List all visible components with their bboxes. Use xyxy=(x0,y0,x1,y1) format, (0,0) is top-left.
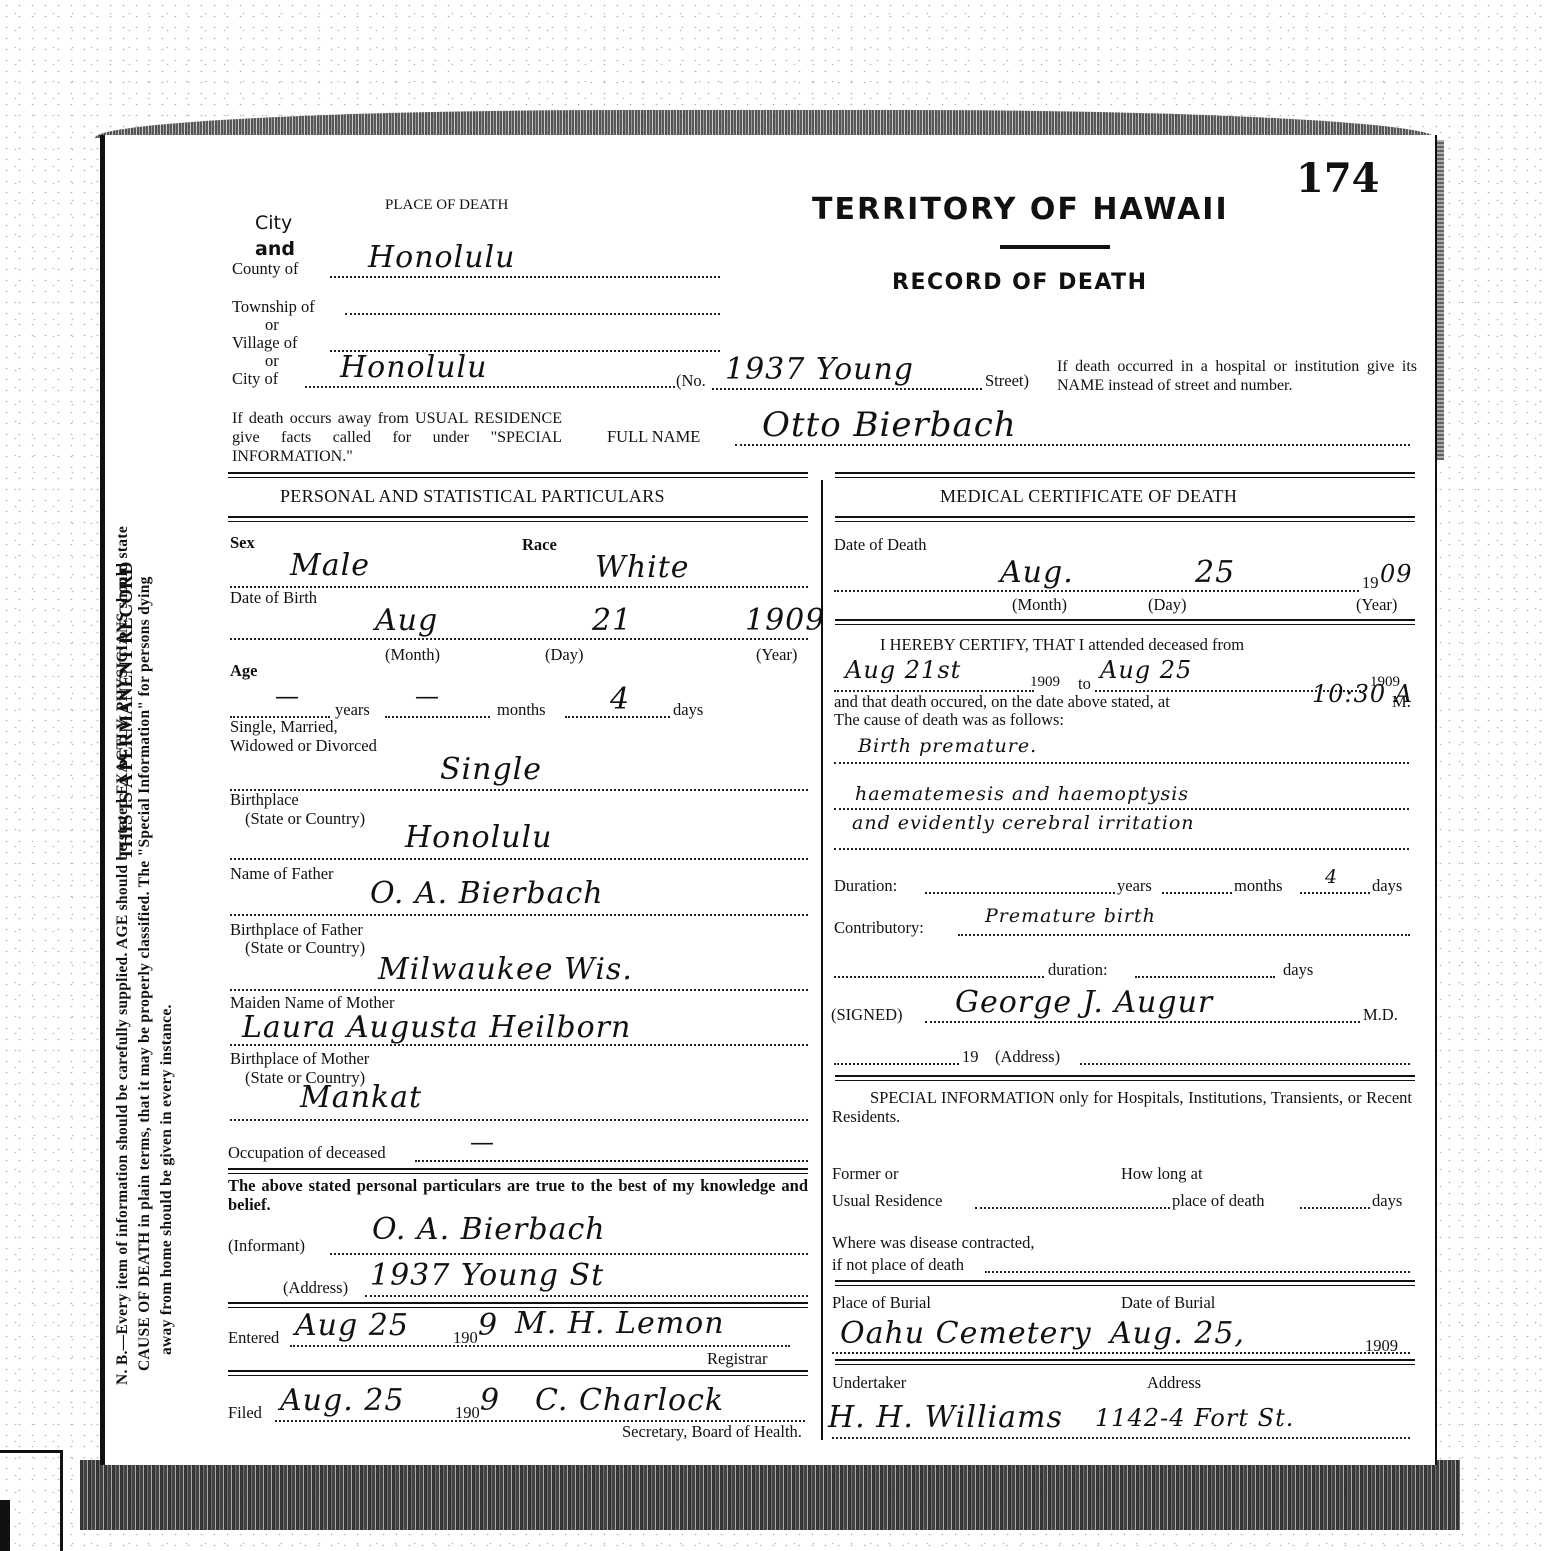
cause-line-2[interactable]: haematemesis and haemoptysis xyxy=(855,783,1189,805)
informant-label: (Informant) xyxy=(228,1236,305,1256)
mother-birthplace-label: Birthplace of Mother xyxy=(230,1049,369,1069)
birthplace-label: Birthplace xyxy=(230,790,299,810)
how-long-label: How long at xyxy=(1121,1164,1203,1184)
father-birthplace-value[interactable]: Milwaukee Wis. xyxy=(378,952,633,987)
dod-year-value[interactable]: 09 xyxy=(1380,560,1413,588)
how-long-field[interactable] xyxy=(1300,1207,1370,1209)
village-label: Village of xyxy=(232,333,297,353)
physician-signature[interactable]: George J. Augur xyxy=(955,985,1213,1020)
city-of-value[interactable]: Honolulu xyxy=(340,350,487,385)
secretary-signature[interactable]: C. Charlock xyxy=(535,1383,724,1418)
undertaker-label: Undertaker xyxy=(832,1373,906,1393)
age-months-value[interactable]: — xyxy=(415,682,440,710)
filed-label: Filed xyxy=(228,1403,262,1423)
filed-date-value[interactable]: Aug. 25 xyxy=(280,1383,404,1418)
away-from-residence-note: If death occurs away from USUAL RESIDENC… xyxy=(232,409,562,466)
hospital-note: If death occurred in a hospital or insti… xyxy=(1057,357,1417,395)
cause-line-1[interactable]: Birth premature. xyxy=(858,735,1037,757)
title-divider xyxy=(1000,245,1110,249)
certify-statement: I HEREBY CERTIFY, THAT I attended deceas… xyxy=(880,635,1244,655)
sex-value[interactable]: Male xyxy=(290,548,370,583)
race-label: Race xyxy=(522,535,557,555)
informant-value[interactable]: O. A. Bierbach xyxy=(372,1212,606,1247)
age-years-value[interactable]: — xyxy=(275,682,300,710)
registrar-signature[interactable]: M. H. Lemon xyxy=(515,1306,725,1341)
document-title: TERRITORY OF HAWAII xyxy=(812,192,1229,227)
birthplace-value[interactable]: Honolulu xyxy=(405,820,552,855)
death-record-form xyxy=(100,135,1437,1465)
undertaker-address-label: Address xyxy=(1147,1373,1201,1393)
contributory-label: Contributory: xyxy=(834,918,924,938)
full-name-value[interactable]: Otto Bierbach xyxy=(762,405,1017,445)
medical-section-heading: MEDICAL CERTIFICATE OF DEATH xyxy=(940,486,1237,507)
occupation-value[interactable]: — xyxy=(470,1128,495,1156)
marital-status-label: Single, Married, xyxy=(230,717,338,737)
dob-month-value[interactable]: Aug xyxy=(375,603,438,638)
mother-name-value[interactable]: Laura Augusta Heilborn xyxy=(242,1010,631,1045)
burial-place-label: Place of Burial xyxy=(832,1293,931,1313)
place-of-death-heading: PLACE OF DEATH xyxy=(385,197,508,214)
secretary-label: Secretary, Board of Health. xyxy=(622,1422,802,1442)
mother-birthplace-value[interactable]: Mankat xyxy=(300,1080,422,1115)
special-information-heading: SPECIAL INFORMATION only for Hospitals, … xyxy=(832,1088,1412,1126)
race-value[interactable]: White xyxy=(595,550,690,585)
duration-label: Duration: xyxy=(834,876,897,896)
registrar-label: Registrar xyxy=(707,1349,767,1369)
burial-date-label: Date of Burial xyxy=(1121,1293,1215,1313)
city-label: City xyxy=(255,214,292,233)
burial-year: 1909 xyxy=(1365,1336,1398,1356)
undertaker-value[interactable]: H. H. Williams xyxy=(828,1400,1063,1435)
age-days-value[interactable]: 4 xyxy=(610,682,630,717)
usual-residence-label: Usual Residence xyxy=(832,1191,942,1211)
contracted-label: Where was disease contracted, xyxy=(832,1233,1034,1253)
duration-days-value[interactable]: 4 xyxy=(1325,866,1338,888)
occurred-statement: and that death occured, on the date abov… xyxy=(834,692,1170,712)
age-label: Age xyxy=(230,661,258,681)
date-of-death-label: Date of Death xyxy=(834,535,927,555)
cause-line-3[interactable]: and evidently cerebral irritation xyxy=(852,812,1195,834)
dob-day-value[interactable]: 21 xyxy=(592,603,632,638)
informant-address-label: (Address) xyxy=(283,1278,348,1298)
entered-year-suffix[interactable]: 9 xyxy=(478,1308,498,1343)
and-label: and xyxy=(255,240,295,259)
dod-day-value[interactable]: 25 xyxy=(1195,555,1235,590)
document-subtitle: RECORD OF DEATH xyxy=(892,270,1148,295)
physician-address-field[interactable] xyxy=(1080,1063,1410,1065)
usual-residence-field[interactable] xyxy=(975,1207,1170,1209)
record-number: 174 xyxy=(1296,155,1380,202)
former-label: Former or xyxy=(832,1164,898,1184)
county-label: County of xyxy=(232,259,298,279)
attended-to-value[interactable]: Aug 25 xyxy=(1100,656,1192,684)
father-name-value[interactable]: O. A. Bierbach xyxy=(370,876,604,911)
city-of-label: City of xyxy=(232,369,278,389)
affirmation-text: The above stated personal particulars ar… xyxy=(228,1176,808,1214)
contributory-value[interactable]: Premature birth xyxy=(985,905,1156,927)
scan-edge-bar xyxy=(0,1500,10,1551)
marital-status-value[interactable]: Single xyxy=(440,752,542,787)
entered-date-value[interactable]: Aug 25 xyxy=(295,1308,409,1343)
attended-from-value[interactable]: Aug 21st xyxy=(845,656,961,684)
undertaker-address-value[interactable]: 1142-4 Fort St. xyxy=(1095,1404,1294,1432)
county-value[interactable]: Honolulu xyxy=(368,240,515,275)
street-number-label: (No. xyxy=(676,371,706,391)
street-label: Street) xyxy=(985,371,1029,391)
entered-label: Entered xyxy=(228,1328,279,1348)
scan-edge-bottom xyxy=(80,1460,1460,1530)
contributory-duration-field[interactable] xyxy=(1135,976,1275,978)
full-name-label: FULL NAME xyxy=(607,427,700,447)
occupation-label: Occupation of deceased xyxy=(228,1143,386,1163)
burial-place-value[interactable]: Oahu Cemetery xyxy=(840,1316,1092,1351)
permanent-record-stamp: THIS IS A PERMANENT RECORD xyxy=(116,420,138,860)
filed-year-suffix[interactable]: 9 xyxy=(480,1383,500,1418)
side-note-line-3: away from home should be given in every … xyxy=(156,205,178,1385)
dob-year-value[interactable]: 1909 xyxy=(745,603,825,638)
physician-address-label: (Address) xyxy=(995,1047,1060,1067)
personal-section-heading: PERSONAL AND STATISTICAL PARTICULARS xyxy=(280,486,665,507)
father-name-label: Name of Father xyxy=(230,864,334,884)
date-of-birth-label: Date of Birth xyxy=(230,588,317,608)
contracted-field[interactable] xyxy=(985,1271,1410,1273)
burial-date-value[interactable]: Aug. 25, xyxy=(1110,1316,1245,1351)
cause-intro: The cause of death was as follows: xyxy=(834,710,1064,730)
township-field[interactable] xyxy=(345,313,720,315)
township-label: Township of xyxy=(232,297,315,317)
dod-month-value[interactable]: Aug. xyxy=(1000,555,1074,590)
father-birthplace-label: Birthplace of Father xyxy=(230,920,363,940)
sex-label: Sex xyxy=(230,533,255,553)
informant-address-value[interactable]: 1937 Young St xyxy=(370,1258,604,1293)
street-value[interactable]: 1937 Young xyxy=(725,352,914,387)
signed-label: (SIGNED) xyxy=(831,1005,903,1025)
